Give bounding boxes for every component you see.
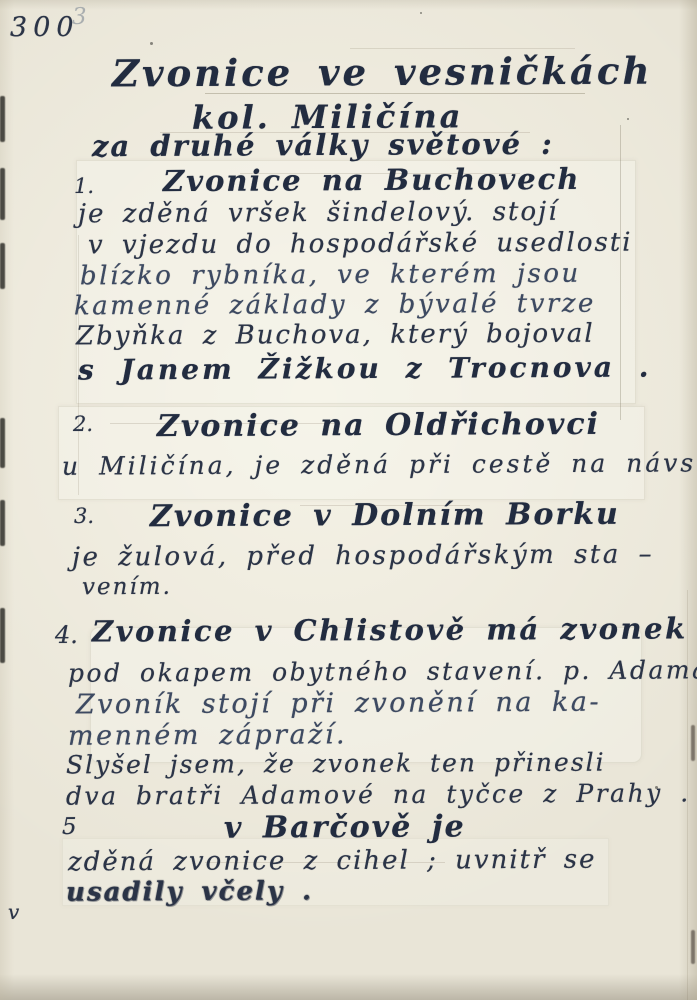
- scan-edge-artifact: [0, 168, 5, 220]
- section-1-line-4: blízko rybníka, ve kterém jsou: [80, 259, 581, 292]
- section-4-line-3: Zvoník stojí při zvonění na ka-: [76, 687, 601, 721]
- section-5-number: 5: [62, 814, 77, 840]
- section-4-line-5: Slyšel jsem, že zvonek ten přinesli: [66, 748, 606, 780]
- section-1-line-7: s Janem Žižkou z Trocnova .: [78, 350, 652, 386]
- section-4-number: 4.: [55, 621, 78, 649]
- section-1-line-2: je zděná vršek šindelový. stojí: [78, 197, 559, 230]
- manuscript-page: 300 3 Zvonice ve vesničkách kol. Miličín…: [0, 0, 697, 1000]
- paper-speck: [627, 118, 629, 120]
- scan-edge-artifact: [691, 725, 695, 761]
- section-3-number: 3.: [74, 504, 94, 528]
- scan-edge-artifact: [0, 243, 5, 289]
- section-2-line-2: u Miličína, je zděná při cestě na návsi: [62, 448, 697, 480]
- pencil-page-note: 3: [72, 4, 89, 30]
- scan-edge-artifact: [0, 608, 5, 663]
- section-1-line-5: kamenné základy z bývalé tvrze: [74, 289, 596, 322]
- section-4-line-1: Zvonice v Chlistově má zvonek: [92, 611, 688, 648]
- section-1-line-6: Zbyňka z Buchova, který bojoval: [76, 319, 595, 352]
- section-4-line-4: menném zápraží.: [68, 719, 347, 751]
- paper-speck: [420, 12, 422, 14]
- scan-edge-artifact: [0, 500, 5, 546]
- section-1-number: 1.: [74, 174, 94, 198]
- section-1-line-3: v vjezdu do hospodářské usedlosti: [88, 228, 633, 261]
- scan-edge-artifact: [691, 930, 695, 964]
- section-2-line-1: Zvonice na Oldřichovci: [157, 407, 600, 444]
- section-1-line-1: Zvonice na Buchovech: [163, 162, 581, 198]
- section-3-line-1: Zvonice v Dolním Borku: [150, 497, 620, 534]
- scan-edge-artifact: [0, 418, 5, 468]
- margin-check-mark: v: [8, 900, 21, 924]
- title-line-1: Zvonice ve vesničkách: [112, 49, 653, 96]
- section-4-line-6: dva bratři Adamové na tyčce z Prahy .: [66, 778, 691, 810]
- section-5-line-2: zděná zvonice z cihel ; uvnitř se: [68, 845, 597, 878]
- scan-edge-artifact: [0, 96, 5, 142]
- section-5-line-3-overwritten: usadily včely .: [66, 876, 313, 907]
- section-4-line-2: pod okapem obytného stavení. p. Adama: [68, 655, 697, 687]
- section-5-line-1: v Barčově je: [224, 809, 466, 845]
- section-2-number: 2.: [73, 412, 93, 436]
- section-3-line-3: vením.: [82, 574, 172, 600]
- paper-speck: [150, 42, 153, 45]
- section-3-line-2: je žulová, před hospodářským sta –: [72, 539, 654, 572]
- title-line-3: za druhé války světové :: [92, 127, 554, 163]
- page-number: 300: [10, 12, 80, 43]
